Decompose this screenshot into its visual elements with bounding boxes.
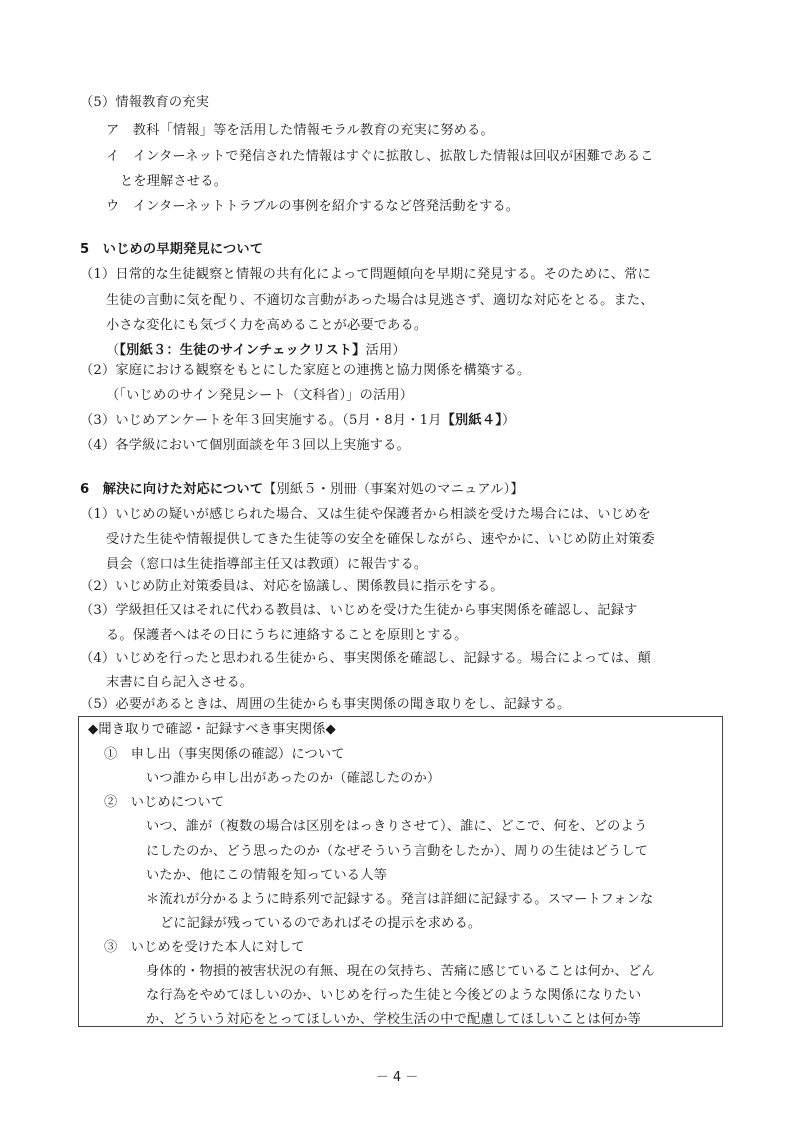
box-item-title: ① 申し出（事実関係の確認）について — [104, 744, 345, 766]
box-item-note: ＊流れが分かるように時系列で記録する。発言は詳細に記録する。スマートフォンな — [146, 889, 653, 911]
paragraph-line: （5）必要があるときは、周囲の生徒からも事実関係の聞き取りをし、記録する。 — [80, 694, 571, 716]
paragraph-line: 生徒の言動に気を配り、不適切な言動があった場合は見逃さず、適切な対応をとる。また… — [106, 290, 654, 312]
box-item-title: ③ いじめを受けた本人に対して — [104, 937, 305, 959]
box-item-body: いつ、誰が（複数の場合は区別をはっきりさせて）、誰に、どこで、何を、どのよう — [146, 816, 647, 838]
paragraph-line: 受けた生徒や情報提供してきた生徒等の安全を確保しながら、速やかに、いじめ防止対策… — [106, 529, 655, 551]
box-item-body: な行為をやめてほしいのか、いじめを行った生徒と今後どのような関係になりたい — [146, 985, 641, 1007]
box-title: ◆聞き取りで確認・記録すべき事実関係◆ — [88, 719, 336, 741]
box-item-note: どに記録が残っているのであればその提示を求める。 — [160, 913, 481, 935]
paragraph-line: （4）いじめを行ったと思われる生徒から、事実関係を確認し、記録する。場合によって… — [80, 648, 651, 670]
section-heading-bold: 6 解決に向けた対応について — [80, 482, 263, 497]
reference-line: （「いじめのサイン発見シート（文科省）」の活用） — [106, 385, 413, 407]
box-item-title: ② いじめについて — [104, 792, 224, 814]
box-item-body: か、どういう対応をとってほしいか、学校生活の中で配慮してほしいことは何か等 — [146, 1009, 641, 1031]
paragraph-line: （2）いじめ防止対策委員は、対応を協議し、関係教員に指示をする。 — [80, 576, 504, 598]
reference-line: （【別紙３：生徒のサインチェックリスト】活用） — [106, 340, 406, 362]
paragraph-line: 小さな変化にも気づく力を高めることが必要である。 — [106, 315, 427, 337]
box-item-body: 身体的・物損的被害状況の有無、現在の気持ち、苦痛に感じていることは何か、どん — [146, 961, 655, 983]
paragraph-line: （1）日常的な生徒観察と情報の共有化によって問題傾向を早期に発見する。そのために… — [80, 264, 651, 286]
box-item-body: にしたのか、どう思ったのか（なぜそういう言動をしたか）、周りの生徒はどうして — [146, 841, 648, 863]
paragraph-line: （4）各学級において個別面談を年３回以上実施する。 — [80, 435, 410, 457]
ref-open: （ — [106, 343, 119, 358]
document-page: （5）情報教育の充実 ア 教科「情報」等を活用した情報モラル教育の充実に努める。… — [0, 0, 794, 1123]
paragraph-line: （1）いじめの疑いが感じられた場合、又は生徒や保護者から相談を受けた場合には、い… — [80, 504, 651, 526]
subsection-heading: （5）情報教育の充実 — [80, 92, 209, 114]
paragraph-line: （3）いじめアンケートを年３回実施する。（5月・8月・1月【別紙４】） — [80, 410, 515, 432]
box-item-body: いつ誰から申し出があったのか（確認したのか） — [146, 768, 440, 790]
item3-text: （3）いじめアンケートを年３回実施する。（5月・8月・1月 — [80, 413, 442, 428]
item3-bold: 【別紙４】 — [442, 413, 502, 428]
paragraph-line: （2）家庭における観察をもとにした家庭との連携と協力関係を構築する。 — [80, 360, 530, 382]
list-item: イ インターネットで発信された情報はすぐに拡散し、拡散した情報は回収が困難である… — [106, 146, 654, 168]
paragraph-line: る。保護者へはその日にうちに連絡することを原則とする。 — [106, 625, 467, 647]
list-item: ア 教科「情報」等を活用した情報モラル教育の充実に努める。 — [106, 120, 494, 142]
section-heading: 5 いじめの早期発見について — [80, 239, 263, 261]
list-item-continuation: とを理解させる。 — [120, 171, 227, 193]
paragraph-line: （3）学級担任又はそれに代わる教員は、いじめを受けた生徒から事実関係を確認し、記… — [80, 600, 637, 622]
section-heading-ref: 【別紙５・別冊（事案対処のマニュアル）】 — [263, 482, 524, 497]
paragraph-line: 員会（窓口は生徒指導部主任又は教頭）に報告する。 — [106, 554, 427, 576]
item3-close: ） — [502, 413, 515, 428]
paragraph-line: 末書に自ら記入させる。 — [106, 672, 253, 694]
page-number: － 4 － — [0, 1066, 794, 1085]
ref-close: 活用） — [366, 343, 406, 358]
section-heading: 6 解決に向けた対応について【別紙５・別冊（事案対処のマニュアル）】 — [80, 479, 524, 501]
ref-bold: 【別紙３：生徒のサインチェックリスト】 — [119, 343, 365, 358]
box-item-body: いたか、他にこの情報を知っている人等 — [146, 865, 387, 887]
list-item: ウ インターネットトラブルの事例を紹介するなど啓発活動をする。 — [106, 196, 519, 218]
